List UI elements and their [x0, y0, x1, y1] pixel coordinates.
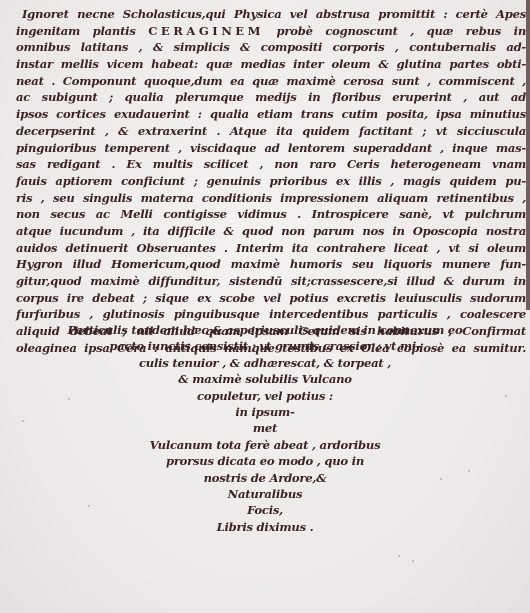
text-line: auidos detinuerit Obseruantes . Interim …: [16, 240, 526, 257]
paper-speck: [505, 395, 507, 397]
text-line: omnibus latitans , & simplicis & composi…: [16, 39, 526, 56]
text-line: furfuribus , glutinosis pinguibusque int…: [16, 306, 526, 323]
text-fragment: ingenitam plantis: [16, 24, 148, 38]
centered-line: prorsus dicata eo modo , quo in: [0, 453, 530, 469]
text-line: gitur,quod maximè diffunditur, sistendū …: [16, 273, 526, 290]
centered-line: Naturalibus: [0, 486, 530, 502]
paper-speck: [88, 505, 90, 507]
text-line: fauis aptiorem conficiunt ; genuinis pri…: [16, 173, 526, 190]
text-line: instar mellis vicem habeat: quæ medias i…: [16, 56, 526, 73]
scanned-page: Ignoret necne Scholasticus,qui Physica v…: [0, 0, 530, 613]
text-fragment: probè cognoscunt , quæ rebus in: [264, 24, 526, 38]
text-line: Hygron illud Homericum,quod maximè humor…: [16, 256, 526, 273]
paper-speck: [68, 398, 70, 400]
centered-line: Vulcanum tota ferè abeat , ardoribus: [0, 437, 530, 453]
text-line: non secus ac Melli contigisse vidimus . …: [16, 206, 526, 223]
centered-line: copuletur, vel potius :: [0, 388, 530, 404]
text-line: ris , seu singulis materna conditionis i…: [16, 190, 526, 207]
paper-speck: [440, 478, 442, 480]
centered-line: met: [0, 420, 530, 436]
paper-speck: [22, 420, 24, 422]
text-line: Ignoret necne Scholasticus,qui Physica v…: [16, 6, 526, 23]
tapered-conclusion: Particulis tandem hæc & asperiusculis qu…: [0, 322, 530, 535]
page-edge-shadow: [526, 0, 530, 310]
centered-line: nostris de Ardore,&: [0, 470, 530, 486]
centered-line: Focis,: [0, 502, 530, 518]
centered-line: Libris diximus .: [0, 519, 530, 535]
text-line: ac subigunt ; qualia plerumque medijs in…: [16, 89, 526, 106]
text-line: ingenitam plantis CERAGINEM probè cognos…: [16, 23, 526, 40]
main-paragraph: Ignoret necne Scholasticus,qui Physica v…: [16, 6, 526, 356]
paper-speck: [412, 560, 414, 562]
paper-speck: [398, 555, 400, 557]
text-line: pinguioribus temperent , viscidaque ad l…: [16, 140, 526, 157]
text-line: neat . Componunt quoque,dum ea quæ maxim…: [16, 73, 526, 90]
centered-line: culis tenuior , & adhærescat, & torpeat …: [0, 355, 530, 371]
text-line: ipsos cortices exudauerint : qualia etia…: [16, 106, 526, 123]
text-line: sas redigant . Ex multis scilicet , non …: [16, 156, 526, 173]
centered-line: pacto iunctis consistit ; vt grumis cras…: [0, 338, 530, 354]
text-line: atque iucundum , ita difficile & quod no…: [16, 223, 526, 240]
centered-line: & maximè solubilis Vulcano: [0, 371, 530, 387]
ceraginem-caps: CERAGINEM: [148, 24, 264, 38]
text-line: corpus ire debeat ; sique ex scobe vel p…: [16, 290, 526, 307]
centered-line: in ipsum-: [0, 404, 530, 420]
centered-line: Particulis tandem hæc & asperiusculis qu…: [0, 322, 530, 338]
text-line: decerpserint , & extraxerint . Atque ita…: [16, 123, 526, 140]
paper-speck: [468, 470, 470, 472]
